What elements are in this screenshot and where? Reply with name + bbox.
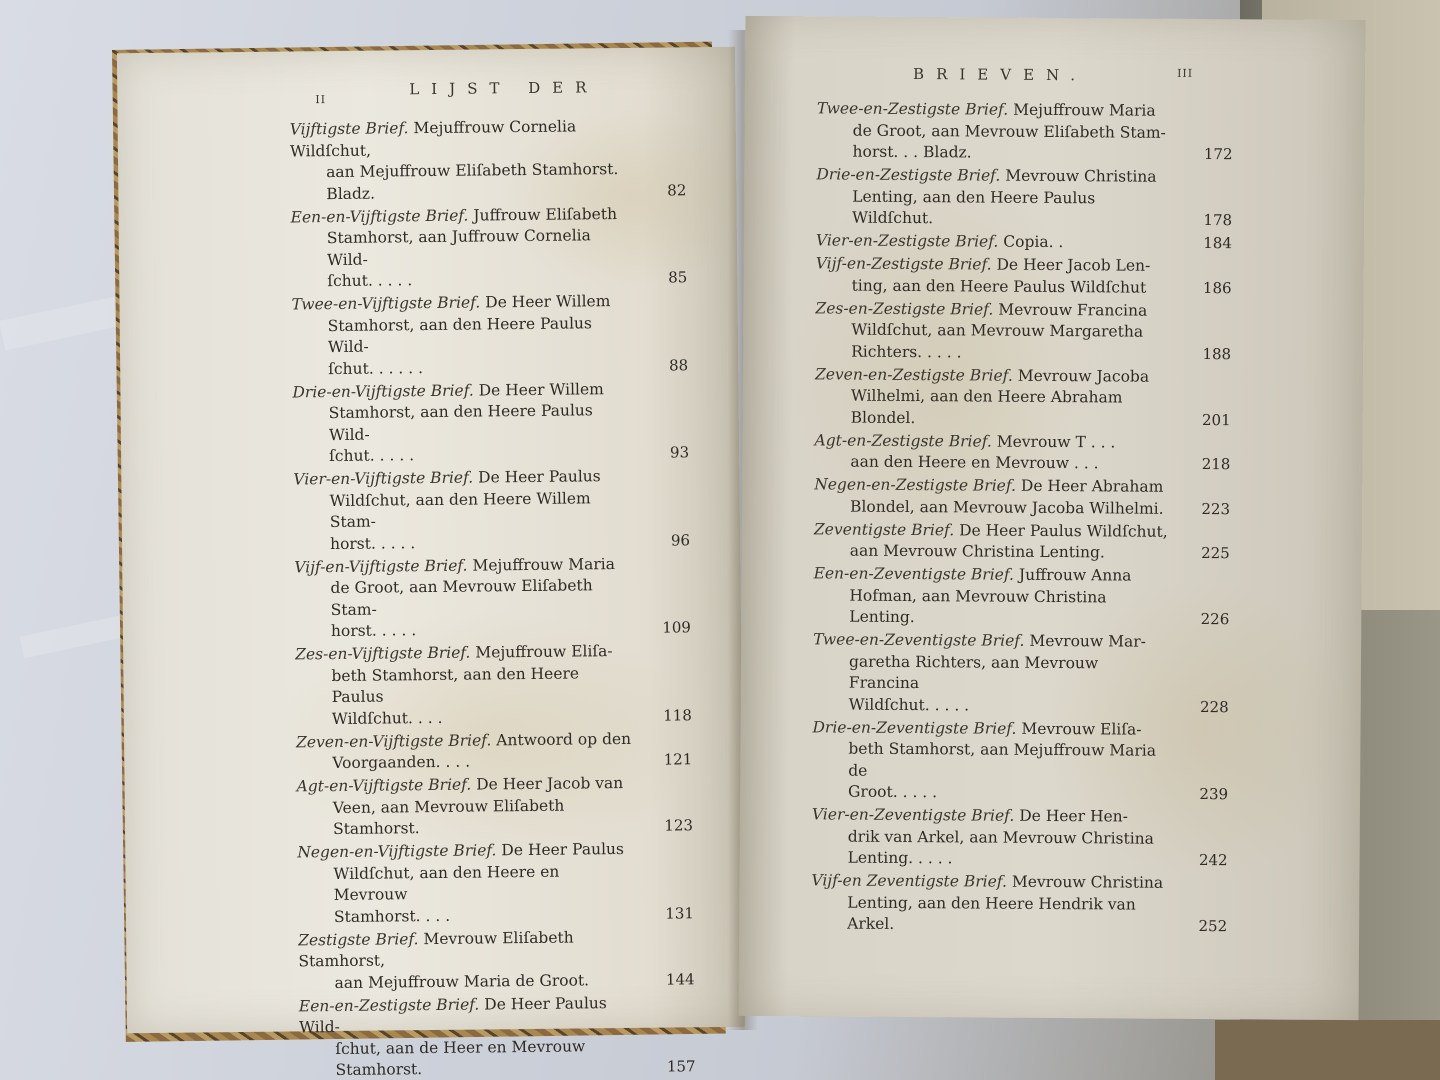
page-reference: 188 bbox=[1202, 344, 1231, 366]
letter-description-continued: Wildſchut, aan den Heere en Mevrouw bbox=[297, 860, 637, 907]
toc-entry: Vijf-en Zeventigste Brief. Mevrouw Chris… bbox=[811, 870, 1231, 937]
letter-description-continued: horst. . . . . bbox=[294, 530, 634, 555]
letter-description-continued: Wildſchut. . . . bbox=[296, 705, 636, 730]
page-reference: 121 bbox=[664, 749, 693, 771]
letter-title: Zestigste Brief. bbox=[298, 930, 419, 949]
toc-entry: Agt-en-Zestigste Brief. Mevrouw T . . . … bbox=[814, 430, 1234, 476]
letter-title: Drie-en-Zeventigste Brief. bbox=[812, 718, 1016, 737]
letter-title: Agt-en-Zestigste Brief. bbox=[814, 431, 991, 450]
letter-description-continued: ſchut. . . . . bbox=[291, 268, 631, 293]
letter-description: Antwoord op den bbox=[496, 729, 631, 748]
letter-title: Vier-en-Zeventigste Brief. bbox=[812, 805, 1015, 824]
letter-title: Twee-en-Zestigste Brief. bbox=[817, 99, 1008, 118]
toc-entry: Zes-en-Zestigste Brief. Mevrouw Francina… bbox=[815, 298, 1235, 365]
right-page: BRIEVEN. III Twee-en-Zestigste Brief. Me… bbox=[739, 16, 1366, 1020]
letter-title: Zeven-en-Zestigste Brief. bbox=[815, 365, 1013, 384]
letter-description: De Heer Hen- bbox=[1019, 807, 1128, 826]
letter-title: Vier-en-Vijftigste Brief. bbox=[293, 469, 473, 489]
letter-description: Juffrouw Eliſabeth bbox=[473, 205, 617, 225]
letter-description-continued: Hofman, aan Mevrouw Christina Lenting. bbox=[813, 585, 1173, 631]
letter-description-continued: Wildſchut, aan Mevrouw Margaretha bbox=[815, 319, 1175, 343]
letter-description: Mejuffrouw Maria bbox=[1013, 101, 1156, 120]
toc-entry: Zeventigste Brief. De Heer Paulus Wildſc… bbox=[814, 519, 1234, 565]
letter-description-continued: aan Mejuffrouw Eliſabeth Stamhorst. Blad… bbox=[290, 159, 630, 206]
running-head: BRIEVEN. bbox=[913, 65, 1087, 84]
letter-description: De Heer Abraham bbox=[1021, 477, 1164, 496]
letter-description: Mevrouw Christina bbox=[1005, 167, 1156, 186]
letter-description-continued: aan Mejuffrouw Maria de Groot. bbox=[299, 969, 639, 994]
toc-entry: Vijf-en-Vijftigste Brief. Mejuffrouw Mar… bbox=[294, 553, 695, 643]
toc-entry: Een-en-Zestigste Brief. De Heer Paulus W… bbox=[299, 992, 700, 1080]
page-reference: 96 bbox=[671, 530, 690, 552]
letter-description-continued: Stamhorst, aan den Heere Paulus Wild- bbox=[292, 312, 632, 359]
letter-description-continued: aan Mevrouw Christina Lenting. bbox=[814, 540, 1174, 564]
toc-entry: Twee-en-Zestigste Brief. Mejuffrouw Mari… bbox=[816, 98, 1236, 165]
page-reference: 201 bbox=[1202, 410, 1231, 432]
letter-description: De Heer Jacob Len- bbox=[996, 256, 1150, 275]
letter-title: Agt-en-Vijftigste Brief. bbox=[296, 776, 471, 796]
letter-description-continued: beth Stamhorst, aan den Heere Paulus bbox=[295, 662, 635, 709]
page-reference: 184 bbox=[1203, 233, 1232, 255]
letter-description: De Heer Paulus Wildſchut, bbox=[959, 521, 1168, 540]
letter-title: Een-en-Zeventigste Brief. bbox=[814, 564, 1015, 583]
toc-entry: Vijftigste Brief. Mejuffrouw Cornelia Wi… bbox=[290, 115, 691, 205]
letter-description: Mevrouw T . . . bbox=[997, 432, 1116, 451]
letter-description-continued: de Groot, aan Mevrouw Eliſabeth Stam- bbox=[294, 575, 634, 622]
letter-description-continued: beth Stamhorst, aan Mejuffrouw Maria de bbox=[812, 738, 1172, 784]
page-reference: 172 bbox=[1204, 144, 1233, 166]
page-reference: 228 bbox=[1200, 697, 1229, 719]
toc-entry: Agt-en-Vijftigste Brief. De Heer Jacob v… bbox=[296, 772, 697, 841]
toc-entry: Vier-en-Zestigste Brief. Copia. . 184 bbox=[816, 230, 1236, 254]
letter-title: Twee-en-Vijftigste Brief. bbox=[291, 293, 480, 313]
page-reference: 109 bbox=[662, 617, 691, 639]
toc-entry: Vier-en-Zeventigste Brief. De Heer Hen- … bbox=[812, 804, 1232, 871]
page-reference: 123 bbox=[664, 815, 693, 837]
letter-description-continued: Veen, aan Mevrouw Eliſabeth Stamhorst. bbox=[297, 794, 637, 841]
page-number-roman: III bbox=[1177, 67, 1193, 80]
letter-title: Twee-en-Zeventigste Brief. bbox=[813, 630, 1024, 649]
page-reference: 225 bbox=[1201, 543, 1230, 565]
letter-title: Vier-en-Zestigste Brief. bbox=[816, 231, 999, 250]
letter-title: Zes-en-Zestigste Brief. bbox=[815, 299, 993, 318]
letter-title: Negen-en-Vijftigste Brief. bbox=[297, 841, 496, 861]
page-reference: 157 bbox=[667, 1056, 696, 1078]
letter-description: De Heer Willem bbox=[479, 380, 604, 399]
letter-description: Mevrouw Mar- bbox=[1029, 632, 1146, 651]
page-number-roman: II bbox=[315, 93, 326, 106]
toc-entry: Een-en-Vijftigste Brief. Juffrouw Eliſab… bbox=[291, 203, 692, 293]
page-reference: 242 bbox=[1199, 850, 1228, 872]
letter-description-continued: horst. . . . . bbox=[295, 618, 635, 643]
letter-title: Zes-en-Vijftigste Brief. bbox=[295, 644, 470, 664]
page-reference: 93 bbox=[670, 442, 689, 464]
page-reference: 223 bbox=[1201, 499, 1230, 521]
letter-description-continued: Stamhorst, aan den Heere Paulus Wild- bbox=[293, 400, 633, 447]
second-book-cover bbox=[1215, 1020, 1440, 1080]
running-head: LIJST DER bbox=[409, 78, 598, 98]
toc-entry: Zestigste Brief. Mevrouw Eliſabeth Stamh… bbox=[298, 926, 699, 995]
toc-entry: Negen-en-Zestigste Brief. De Heer Abraha… bbox=[814, 474, 1234, 520]
letter-description-continued: Wildſchut. . . . . bbox=[813, 694, 1173, 718]
letter-description-continued: Groot. . . . . bbox=[812, 781, 1172, 805]
letter-description: Mevrouw Jacoba bbox=[1018, 366, 1149, 385]
toc-entry: Drie-en-Zestigste Brief. Mevrouw Christi… bbox=[816, 164, 1236, 231]
letter-description-continued: aan den Heere en Mevrouw . . . bbox=[814, 451, 1174, 475]
toc-entry: Vier-en-Vijftigste Brief. De Heer Paulus… bbox=[293, 465, 694, 555]
left-page: II LIJST DER Vijftigste Brief. Mejuffrou… bbox=[117, 47, 745, 1033]
letter-title: Vijf-en Zeventigste Brief. bbox=[811, 871, 1007, 890]
letter-description: Mejuffrouw Maria bbox=[472, 555, 615, 574]
page-reference: 118 bbox=[663, 705, 692, 727]
letter-description-continued: Richters. . . . . bbox=[815, 341, 1175, 365]
letter-description-continued: ſchut. . . . . . bbox=[292, 355, 632, 380]
letter-description-continued: Lenting. . . . . bbox=[812, 847, 1172, 871]
letter-description: Mevrouw Eliſa- bbox=[1021, 719, 1141, 738]
page-reference: 131 bbox=[665, 903, 694, 925]
page-reference: 85 bbox=[668, 267, 687, 289]
page-reference: 178 bbox=[1203, 210, 1232, 232]
letter-title: Vijftigste Brief. bbox=[290, 119, 409, 138]
toc-entry: Zeven-en-Vijftigste Brief. Antwoord op d… bbox=[296, 728, 696, 775]
letter-title: Drie-en-Zestigste Brief. bbox=[816, 165, 1000, 184]
letter-description-continued: Stamhorst. . . . bbox=[298, 903, 638, 928]
toc-entry: Twee-en-Zeventigste Brief. Mevrouw Mar- … bbox=[813, 629, 1234, 718]
letter-title: Negen-en-Zestigste Brief. bbox=[814, 475, 1016, 494]
letter-title: Drie-en-Vijftigste Brief. bbox=[292, 381, 474, 401]
letter-description-continued: ting, aan den Heere Paulus Wildſchut bbox=[816, 275, 1176, 299]
page-reference: 144 bbox=[666, 969, 695, 991]
letter-description-continued: Stamhorst, aan Juffrouw Cornelia Wild- bbox=[291, 225, 631, 272]
letter-title: Vijf-en-Vijftigste Brief. bbox=[294, 556, 467, 576]
letter-description: De Heer Willem bbox=[485, 292, 610, 311]
toc-entry: Vijf-en-Zestigste Brief. De Heer Jacob L… bbox=[816, 253, 1236, 299]
page-reference: 226 bbox=[1201, 609, 1230, 631]
letter-description-continued: Blondel, aan Mevrouw Jacoba Wilhelmi. bbox=[814, 496, 1174, 520]
table-of-contents: Vijftigste Brief. Mejuffrouw Cornelia Wi… bbox=[290, 115, 700, 1080]
letter-description: Mevrouw Francina bbox=[998, 300, 1147, 319]
letter-title: Zeven-en-Vijftigste Brief. bbox=[296, 731, 491, 751]
page-reference: 252 bbox=[1198, 916, 1227, 938]
letter-description: De Heer Paulus bbox=[501, 840, 624, 859]
letter-description: Mevrouw Christina bbox=[1012, 873, 1163, 892]
letter-description: De Heer Paulus bbox=[478, 467, 601, 486]
page-reference: 218 bbox=[1202, 454, 1231, 476]
page-reference: 88 bbox=[669, 355, 688, 377]
letter-description-continued: drik van Arkel, aan Mevrouw Christina bbox=[812, 826, 1172, 850]
table-of-contents: Twee-en-Zestigste Brief. Mejuffrouw Mari… bbox=[811, 98, 1237, 939]
letter-description-continued: Wildſchut, aan den Heere Willem Stam- bbox=[293, 487, 633, 534]
toc-entry: Negen-en-Vijftigste Brief. De Heer Paulu… bbox=[297, 838, 698, 928]
toc-entry: Zeven-en-Zestigste Brief. Mevrouw Jacoba… bbox=[815, 364, 1235, 431]
letter-description: Mejuffrouw Eliſa- bbox=[475, 642, 612, 661]
letter-title: Zeventigste Brief. bbox=[814, 520, 954, 539]
letter-description-continued: ſchut, aan de Heer en Mevrouw Stamhorst. bbox=[299, 1035, 639, 1080]
letter-description-continued: Lenting, aan den Heere Paulus Wildſchut. bbox=[816, 186, 1176, 232]
letter-description-continued: Lenting, aan den Heere Hendrik van Arkel… bbox=[811, 892, 1171, 938]
letter-description-continued: ſchut. . . . . bbox=[293, 443, 633, 468]
letter-description-continued: horst. . . Bladz. bbox=[816, 141, 1176, 165]
letter-description-continued: Wilhelmi, aan den Heere Abraham Blondel. bbox=[815, 385, 1175, 431]
toc-entry: Een-en-Zeventigste Brief. Juffrouw Anna … bbox=[813, 563, 1233, 630]
letter-description: De Heer Jacob van bbox=[476, 774, 623, 794]
letter-description-continued: garetha Richters, aan Mevrouw Francina bbox=[813, 651, 1173, 697]
letter-description-continued: de Groot, aan Mevrouw Eliſabeth Stam- bbox=[817, 120, 1177, 144]
toc-entry: Zes-en-Vijftigste Brief. Mejuffrouw Eliſ… bbox=[295, 640, 696, 730]
letter-title: Vijf-en-Zestigste Brief. bbox=[816, 254, 992, 273]
letter-description: Copia. . bbox=[1003, 233, 1063, 251]
letter-description: Juffrouw Anna bbox=[1019, 566, 1132, 585]
letter-title: Een-en-Zestigste Brief. bbox=[299, 995, 480, 1015]
page-reference: 186 bbox=[1203, 278, 1232, 300]
letter-description-continued: Voorgaanden. . . . bbox=[296, 750, 636, 775]
page-reference: 82 bbox=[667, 180, 686, 202]
toc-entry: Twee-en-Vijftigste Brief. De Heer Willem… bbox=[291, 290, 692, 380]
toc-entry: Drie-en-Vijftigste Brief. De Heer Willem… bbox=[292, 378, 693, 468]
toc-entry: Drie-en-Zeventigste Brief. Mevrouw Eliſa… bbox=[812, 717, 1233, 806]
page-reference: 239 bbox=[1199, 784, 1228, 806]
letter-title: Een-en-Vijftigste Brief. bbox=[291, 206, 469, 226]
